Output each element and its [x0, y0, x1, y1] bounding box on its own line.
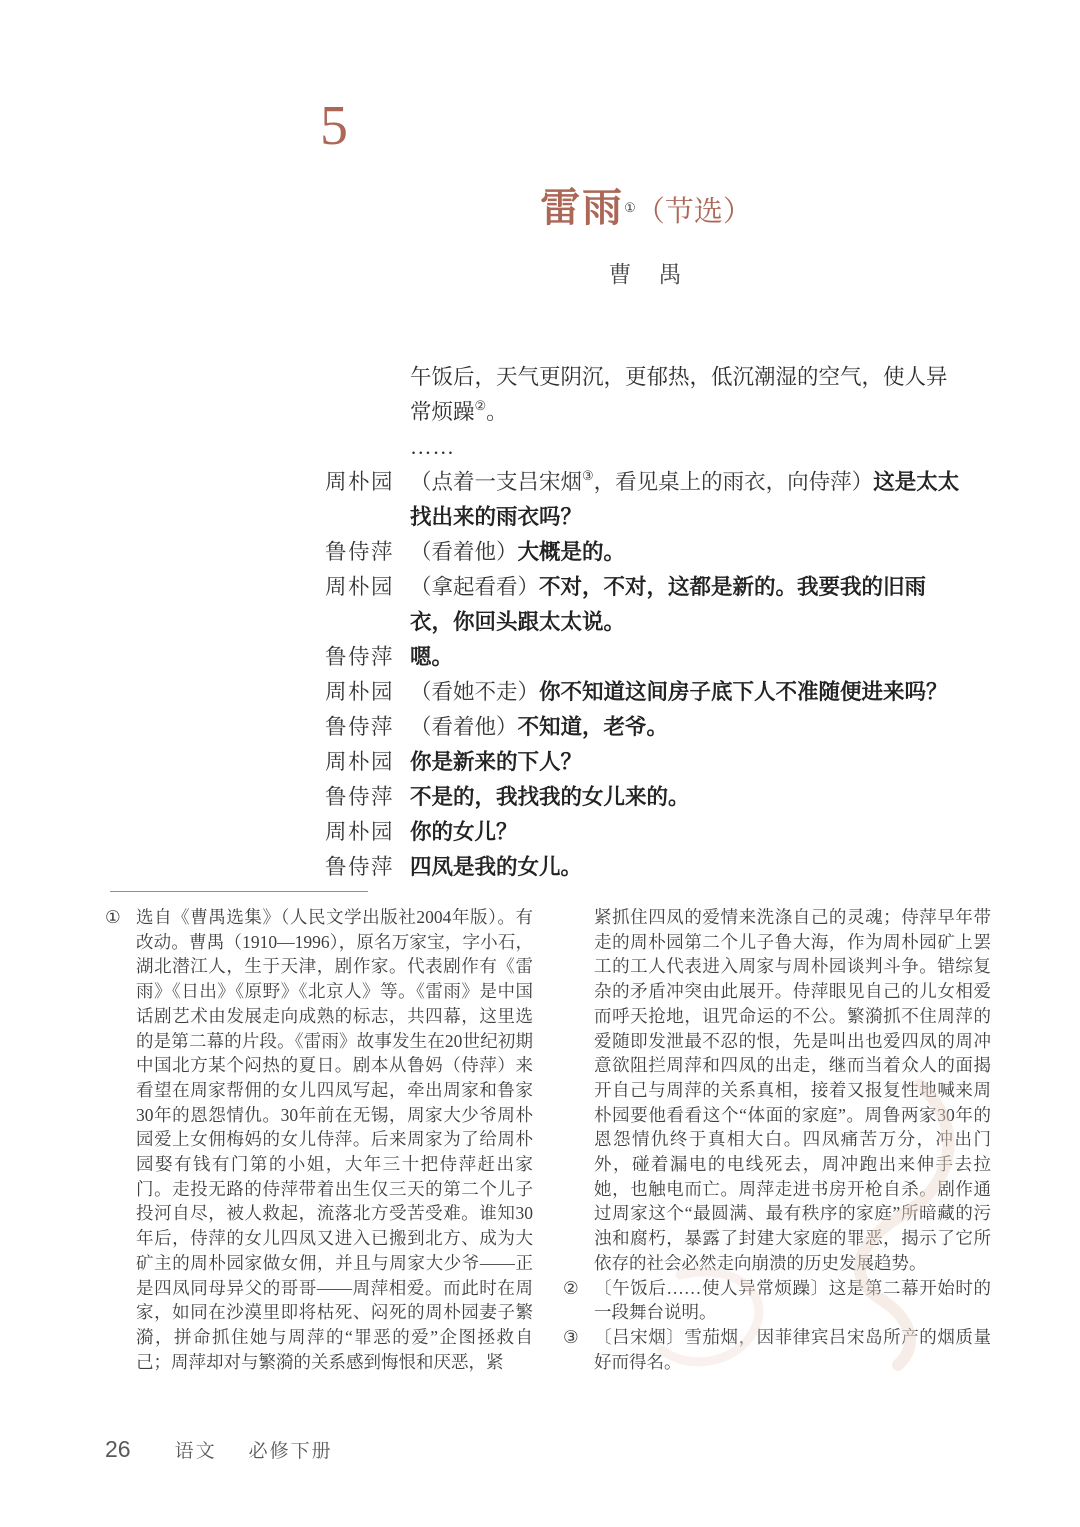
- speaker-name: 周朴园: [325, 745, 394, 780]
- speech-text: 四凤是我的女儿。: [410, 855, 582, 879]
- footnote-divider: [110, 891, 368, 892]
- footnote-text: 〔吕宋烟〕雪茄烟，因菲律宾吕宋岛所产的烟质量好而得名。: [594, 1327, 991, 1372]
- footnote-item: ②〔午饭后……使人异常烦躁〕这是第二幕开始时的一段舞台说明。: [563, 1276, 991, 1325]
- footnote-column-left: ①选自《曹禺选集》（人民文学出版社2004年版）。有改动。曹禺（1910—199…: [105, 905, 533, 1374]
- dialogue-line: 鲁侍萍四凤是我的女儿。: [325, 850, 967, 885]
- speaker-name: 周朴园: [325, 815, 394, 850]
- speaker-name: 鲁侍萍: [325, 535, 394, 570]
- footnote-ref: ③: [582, 468, 594, 483]
- textbook-page: 5 雷雨①（节选） 曹 禺 午饭后，天气更阴沉，更郁热，低沉潮湿的空气，使人异常…: [0, 0, 1080, 1527]
- lesson-title-suffix: （节选）: [636, 196, 752, 228]
- dialogue-line: 周朴园你的女儿？: [325, 815, 967, 850]
- author-name: 曹 禺: [325, 256, 967, 289]
- footnote-text: 〔午饭后……使人异常烦躁〕这是第二幕开始时的一段舞台说明。: [594, 1278, 991, 1323]
- speech-text: 你的女儿？: [410, 820, 518, 844]
- stage-direction: （点着一支吕宋烟: [410, 470, 582, 494]
- dialogue-line: 鲁侍萍不是的，我找我的女儿来的。: [325, 780, 967, 815]
- footnote-marker: ①: [105, 905, 121, 930]
- footnote-item: ①选自《曹禺选集》（人民文学出版社2004年版）。有改动。曹禺（1910—199…: [105, 905, 533, 1374]
- speech-text: 你不知道这间房子底下人不准随便进来吗？: [539, 680, 948, 704]
- speech-text: 不是的，我找我的女儿来的。: [410, 785, 690, 809]
- speech-text: 你是新来的下人？: [410, 750, 582, 774]
- lesson-title: 雷雨①（节选）: [325, 176, 967, 233]
- dialogue-line: 周朴园（点着一支吕宋烟③，看见桌上的雨衣，向侍萍）这是太太找出来的雨衣吗？: [325, 465, 967, 535]
- speaker-name: 周朴园: [325, 570, 394, 605]
- footnote-item: 紧抓住四凤的爱情来洗涤自己的灵魂；侍萍早年带走的周朴园第二个儿子鲁大海，作为周朴…: [563, 905, 991, 1276]
- footnote-ref: ①: [624, 200, 636, 215]
- ellipsis-line: ……: [325, 430, 967, 465]
- stage-direction: （看着他）: [410, 715, 518, 739]
- stage-direction: ，看见桌上的雨衣，向侍萍）: [594, 470, 874, 494]
- speech-text: 不知道，老爷。: [518, 715, 669, 739]
- stage-direction: （看她不走）: [410, 680, 539, 704]
- dialogue-line: 鲁侍萍（看着他）大概是的。: [325, 535, 967, 570]
- footnote-column-right: 紧抓住四凤的爱情来洗涤自己的灵魂；侍萍早年带走的周朴园第二个儿子鲁大海，作为周朴…: [563, 905, 991, 1374]
- page-footer: 26语文必修下册: [105, 1436, 333, 1463]
- footnote-ref: ②: [475, 398, 487, 413]
- dialogue-line: 周朴园（看她不走）你不知道这间房子底下人不准随便进来吗？: [325, 675, 967, 710]
- stage-direction: （拿起看看）: [410, 575, 539, 599]
- speaker-name: 周朴园: [325, 675, 394, 710]
- speech-text: 大概是的。: [518, 540, 626, 564]
- lesson-number: 5: [320, 96, 348, 156]
- speaker-name: 鲁侍萍: [325, 640, 394, 675]
- footnote-text: 选自《曹禺选集》（人民文学出版社2004年版）。有改动。曹禺（1910—1996…: [136, 907, 533, 1372]
- stage-narration: 午饭后，天气更阴沉，更郁热，低沉潮湿的空气，使人异常烦躁②。: [325, 360, 967, 430]
- dialogue-line: 周朴园（拿起看看）不对，不对，这都是新的。我要我的旧雨衣，你回头跟太太说。: [325, 570, 967, 640]
- page-number: 26: [105, 1436, 131, 1462]
- lesson-title-text: 雷雨: [540, 185, 624, 230]
- speaker-name: 周朴园: [325, 465, 394, 500]
- dialogue-line: 周朴园你是新来的下人？: [325, 745, 967, 780]
- footnote-item: ③〔吕宋烟〕雪茄烟，因菲律宾吕宋岛所产的烟质量好而得名。: [563, 1325, 991, 1374]
- dialogue-list: 周朴园（点着一支吕宋烟③，看见桌上的雨衣，向侍萍）这是太太找出来的雨衣吗？鲁侍萍…: [325, 465, 967, 885]
- footnote-marker: ②: [563, 1276, 579, 1301]
- stage-direction: （看着他）: [410, 540, 518, 564]
- dialogue-line: 鲁侍萍（看着他）不知道，老爷。: [325, 710, 967, 745]
- footer-volume: 必修下册: [249, 1441, 333, 1462]
- footer-subject: 语文: [175, 1441, 217, 1462]
- footnote-marker: ③: [563, 1325, 579, 1350]
- play-text-block: 午饭后，天气更阴沉，更郁热，低沉潮湿的空气，使人异常烦躁②。 …… 周朴园（点着…: [325, 360, 967, 885]
- dialogue-line: 鲁侍萍嗯。: [325, 640, 967, 675]
- speech-text: 嗯。: [410, 645, 453, 669]
- narration-period: 。: [486, 400, 508, 424]
- footnote-text: 紧抓住四凤的爱情来洗涤自己的灵魂；侍萍早年带走的周朴园第二个儿子鲁大海，作为周朴…: [594, 907, 991, 1273]
- speaker-name: 鲁侍萍: [325, 780, 394, 815]
- speaker-name: 鲁侍萍: [325, 850, 394, 885]
- speaker-name: 鲁侍萍: [325, 710, 394, 745]
